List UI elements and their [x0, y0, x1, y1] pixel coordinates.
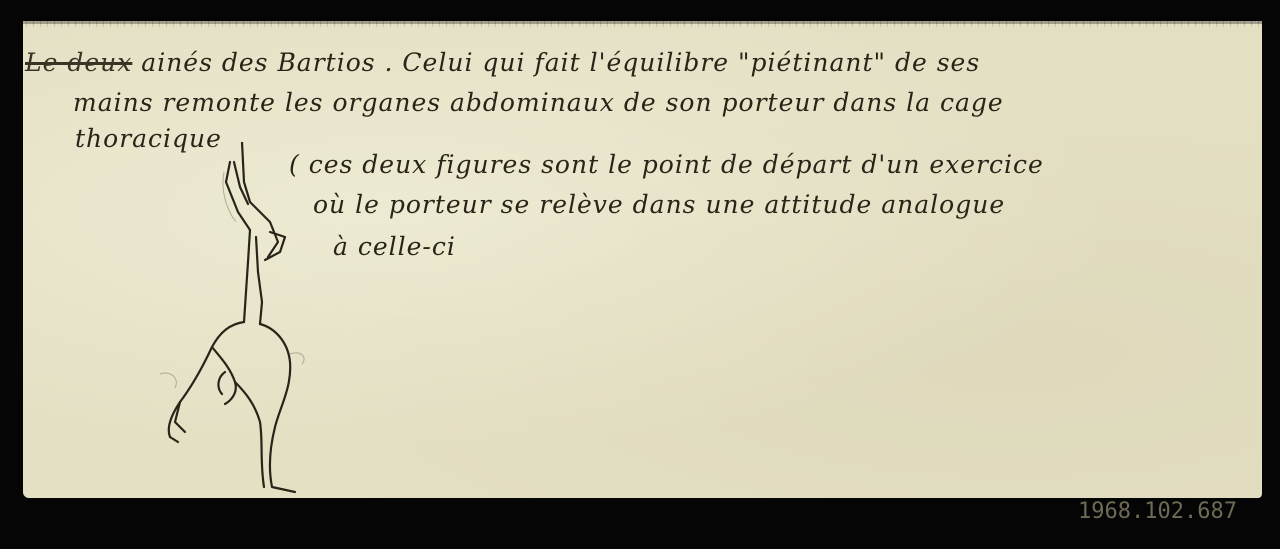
text-line-6: à celle-ci [333, 232, 456, 261]
struck-word: Le deux [25, 48, 132, 77]
text-line-4: ( ces deux figures sont le point de dépa… [289, 150, 1044, 179]
catalog-number: 1968.102.687 [1078, 499, 1237, 524]
text-line-2: mains remonte les organes abdominaux de … [73, 88, 1004, 117]
text-line-5: où le porteur se relève dans une attitud… [313, 190, 1005, 219]
acrobat-sketch [150, 142, 310, 497]
text-line-1: Le deux ainés des Bartios . Celui qui fa… [25, 48, 980, 77]
text-line-1-content: ainés des Bartios . Celui qui fait l'équ… [132, 48, 980, 77]
